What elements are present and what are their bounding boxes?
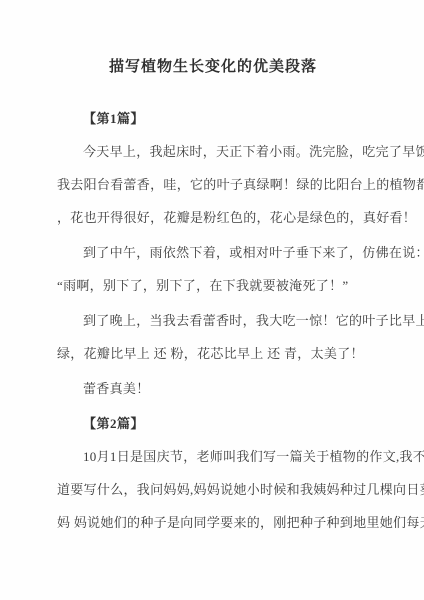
text-line: ，花也开得很好，花瓣是粉红色的，花心是绿色的，真好看！ <box>57 201 369 234</box>
text-line: 今天早上，我起床时，天正下着小雨。洗完脸，吃完了早饭， <box>57 135 369 168</box>
text-line: 绿，花瓣比早上 还 粉，花芯比早上 还 青，太美了！ <box>57 337 369 370</box>
paragraph: 到了晚上，当我去看蕾香时，我大吃一惊！它的叶子比早上还绿，花瓣比早上 还 粉，花… <box>57 304 369 370</box>
paragraph: 10月1日是国庆节，老师叫我们写一篇关于植物的作文,我不知道要写什么，我问妈妈,… <box>57 440 369 539</box>
text-line: 我去阳台看蕾香，哇，它的叶子真绿啊！绿的比阳台上的植物都 绿 <box>57 168 369 201</box>
section-heading: 【第1篇】 <box>57 102 369 135</box>
section-heading: 【第2篇】 <box>57 407 369 440</box>
text-line: 到了晚上，当我去看蕾香时，我大吃一惊！它的叶子比早上还 <box>57 304 369 337</box>
text-line: “雨啊，别下了，别下了，在下我就要被淹死了！” <box>57 269 369 302</box>
paragraph: 蕾香真美！ <box>57 372 369 405</box>
text-line: 到了中午，雨依然下着，或相对叶子垂下来了，仿佛在说： <box>57 236 369 269</box>
document-page: 描写植物生长变化的优美段落 【第1篇】今天早上，我起床时，天正下着小雨。洗完脸，… <box>0 0 424 600</box>
paragraph: 今天早上，我起床时，天正下着小雨。洗完脸，吃完了早饭，我去阳台看蕾香，哇，它的叶… <box>57 135 369 234</box>
text-line: 10月1日是国庆节，老师叫我们写一篇关于植物的作文,我不知 <box>57 440 369 473</box>
document-body: 【第1篇】今天早上，我起床时，天正下着小雨。洗完脸，吃完了早饭，我去阳台看蕾香，… <box>57 102 369 539</box>
page-title: 描写植物生长变化的优美段落 <box>57 56 369 78</box>
text-line: 蕾香真美！ <box>57 372 369 405</box>
text-line: 妈 妈说她们的种子是向同学要来的，刚把种子种到地里她们每天都 <box>57 506 369 539</box>
text-line: 道要写什么，我问妈妈,妈妈说她小时候和我姨妈种过几棵向日葵， <box>57 473 369 506</box>
paragraph: 到了中午，雨依然下着，或相对叶子垂下来了，仿佛在说：“雨啊，别下了，别下了，在下… <box>57 236 369 302</box>
